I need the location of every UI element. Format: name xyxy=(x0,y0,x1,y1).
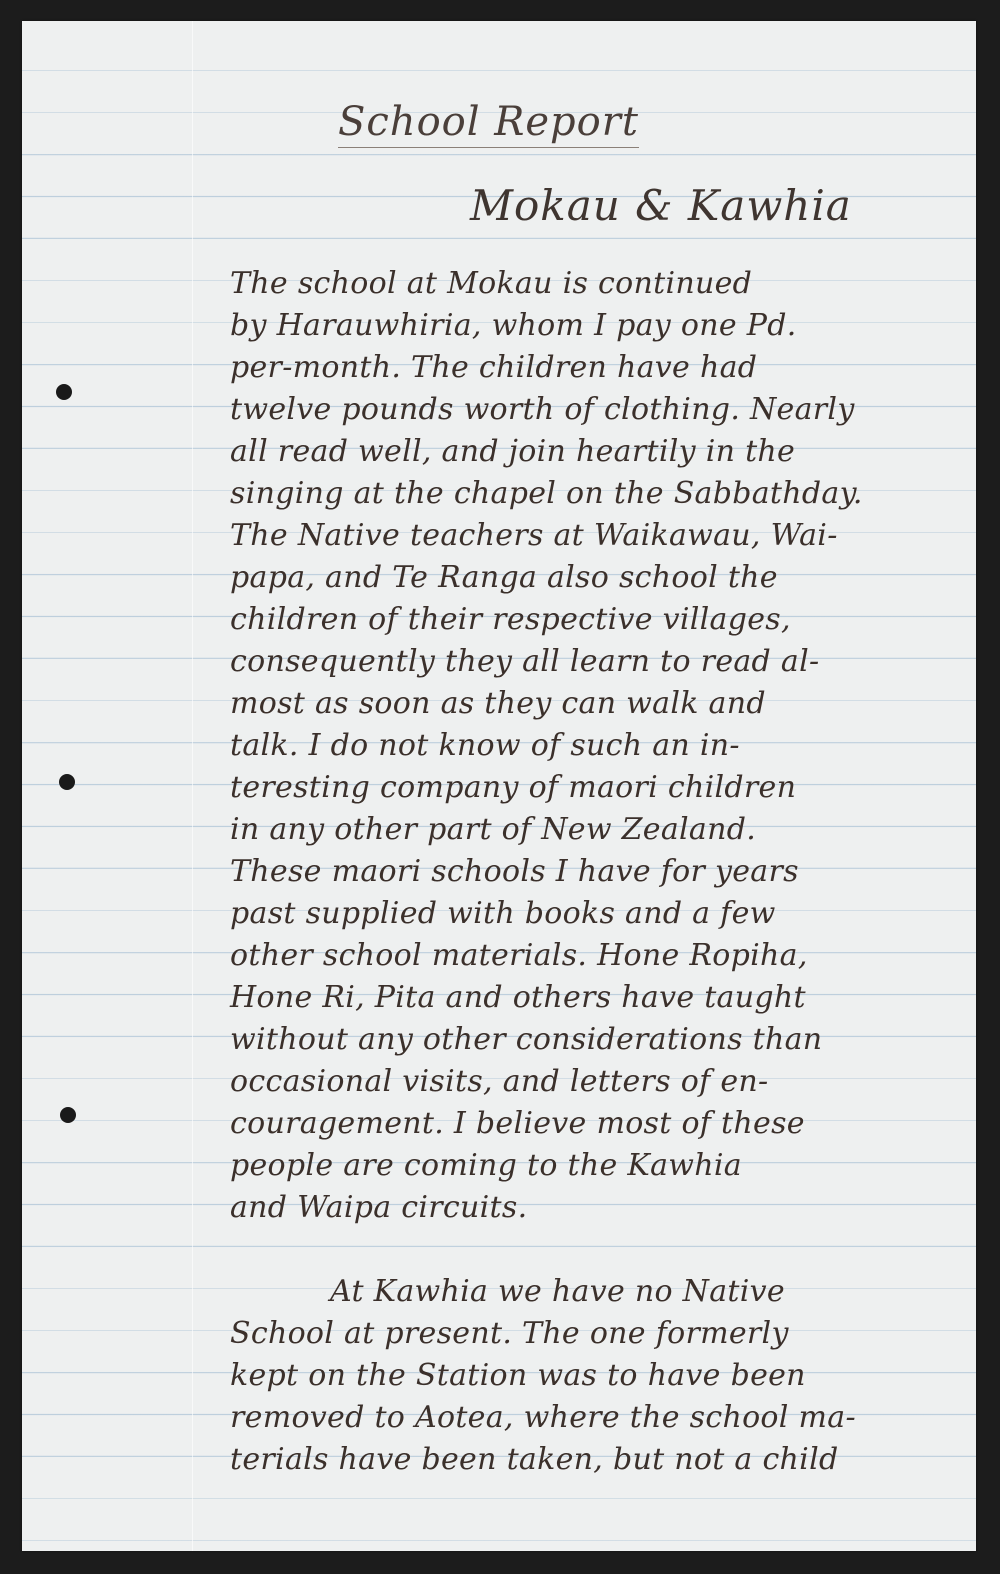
text-line: School at present. The one formerly xyxy=(230,1313,980,1355)
text-line: Hone Ri, Pita and others have taught xyxy=(230,977,980,1019)
text-line: per-month. The children have had xyxy=(230,347,980,389)
text-line: past supplied with books and a few xyxy=(230,893,980,935)
text-line: At Kawhia we have no Native xyxy=(230,1271,980,1313)
text-line: The Native teachers at Waikawau, Wai- xyxy=(230,515,980,557)
document-body: The school at Mokau is continued by Hara… xyxy=(230,263,980,1481)
text-line: consequently they all learn to read al- xyxy=(230,641,980,683)
text-line: in any other part of New Zealand. xyxy=(230,809,980,851)
document-subtitle: Mokau & Kawhia xyxy=(470,181,852,230)
text-line: occasional visits, and letters of en- xyxy=(230,1061,980,1103)
text-line: people are coming to the Kawhia xyxy=(230,1145,980,1187)
text-line: without any other considerations than xyxy=(230,1019,980,1061)
text-line: most as soon as they can walk and xyxy=(230,683,980,725)
text-line: talk. I do not know of such an in- xyxy=(230,725,980,767)
paper-fold xyxy=(192,21,193,1551)
paragraph-mokau: The school at Mokau is continued by Hara… xyxy=(230,263,980,1229)
punch-hole xyxy=(59,774,75,790)
text-line: The school at Mokau is continued xyxy=(230,263,980,305)
text-line: kept on the Station was to have been xyxy=(230,1355,980,1397)
punch-hole xyxy=(60,1107,76,1123)
text-line: terials have been taken, but not a child xyxy=(230,1439,980,1481)
text-line: These maori schools I have for years xyxy=(230,851,980,893)
text-line: singing at the chapel on the Sabbathday. xyxy=(230,473,980,515)
text-line: removed to Aotea, where the school ma- xyxy=(230,1397,980,1439)
text-line: teresting company of maori children xyxy=(230,767,980,809)
text-line: all read well, and join heartily in the xyxy=(230,431,980,473)
document-title: School Report xyxy=(338,99,639,148)
text-line: other school materials. Hone Ropiha, xyxy=(230,935,980,977)
paragraph-gap xyxy=(230,1229,980,1271)
text-line: twelve pounds worth of clothing. Nearly xyxy=(230,389,980,431)
text-line: couragement. I believe most of these xyxy=(230,1103,980,1145)
text-line: and Waipa circuits. xyxy=(230,1187,980,1229)
text-line: children of their respective villages, xyxy=(230,599,980,641)
punch-hole xyxy=(56,384,72,400)
paper-sheet: School Report Mokau & Kawhia The school … xyxy=(22,21,976,1551)
text-line: by Harauwhiria, whom I pay one Pd. xyxy=(230,305,980,347)
paragraph-kawhia: At Kawhia we have no Native School at pr… xyxy=(230,1271,980,1481)
text-line: papa, and Te Ranga also school the xyxy=(230,557,980,599)
